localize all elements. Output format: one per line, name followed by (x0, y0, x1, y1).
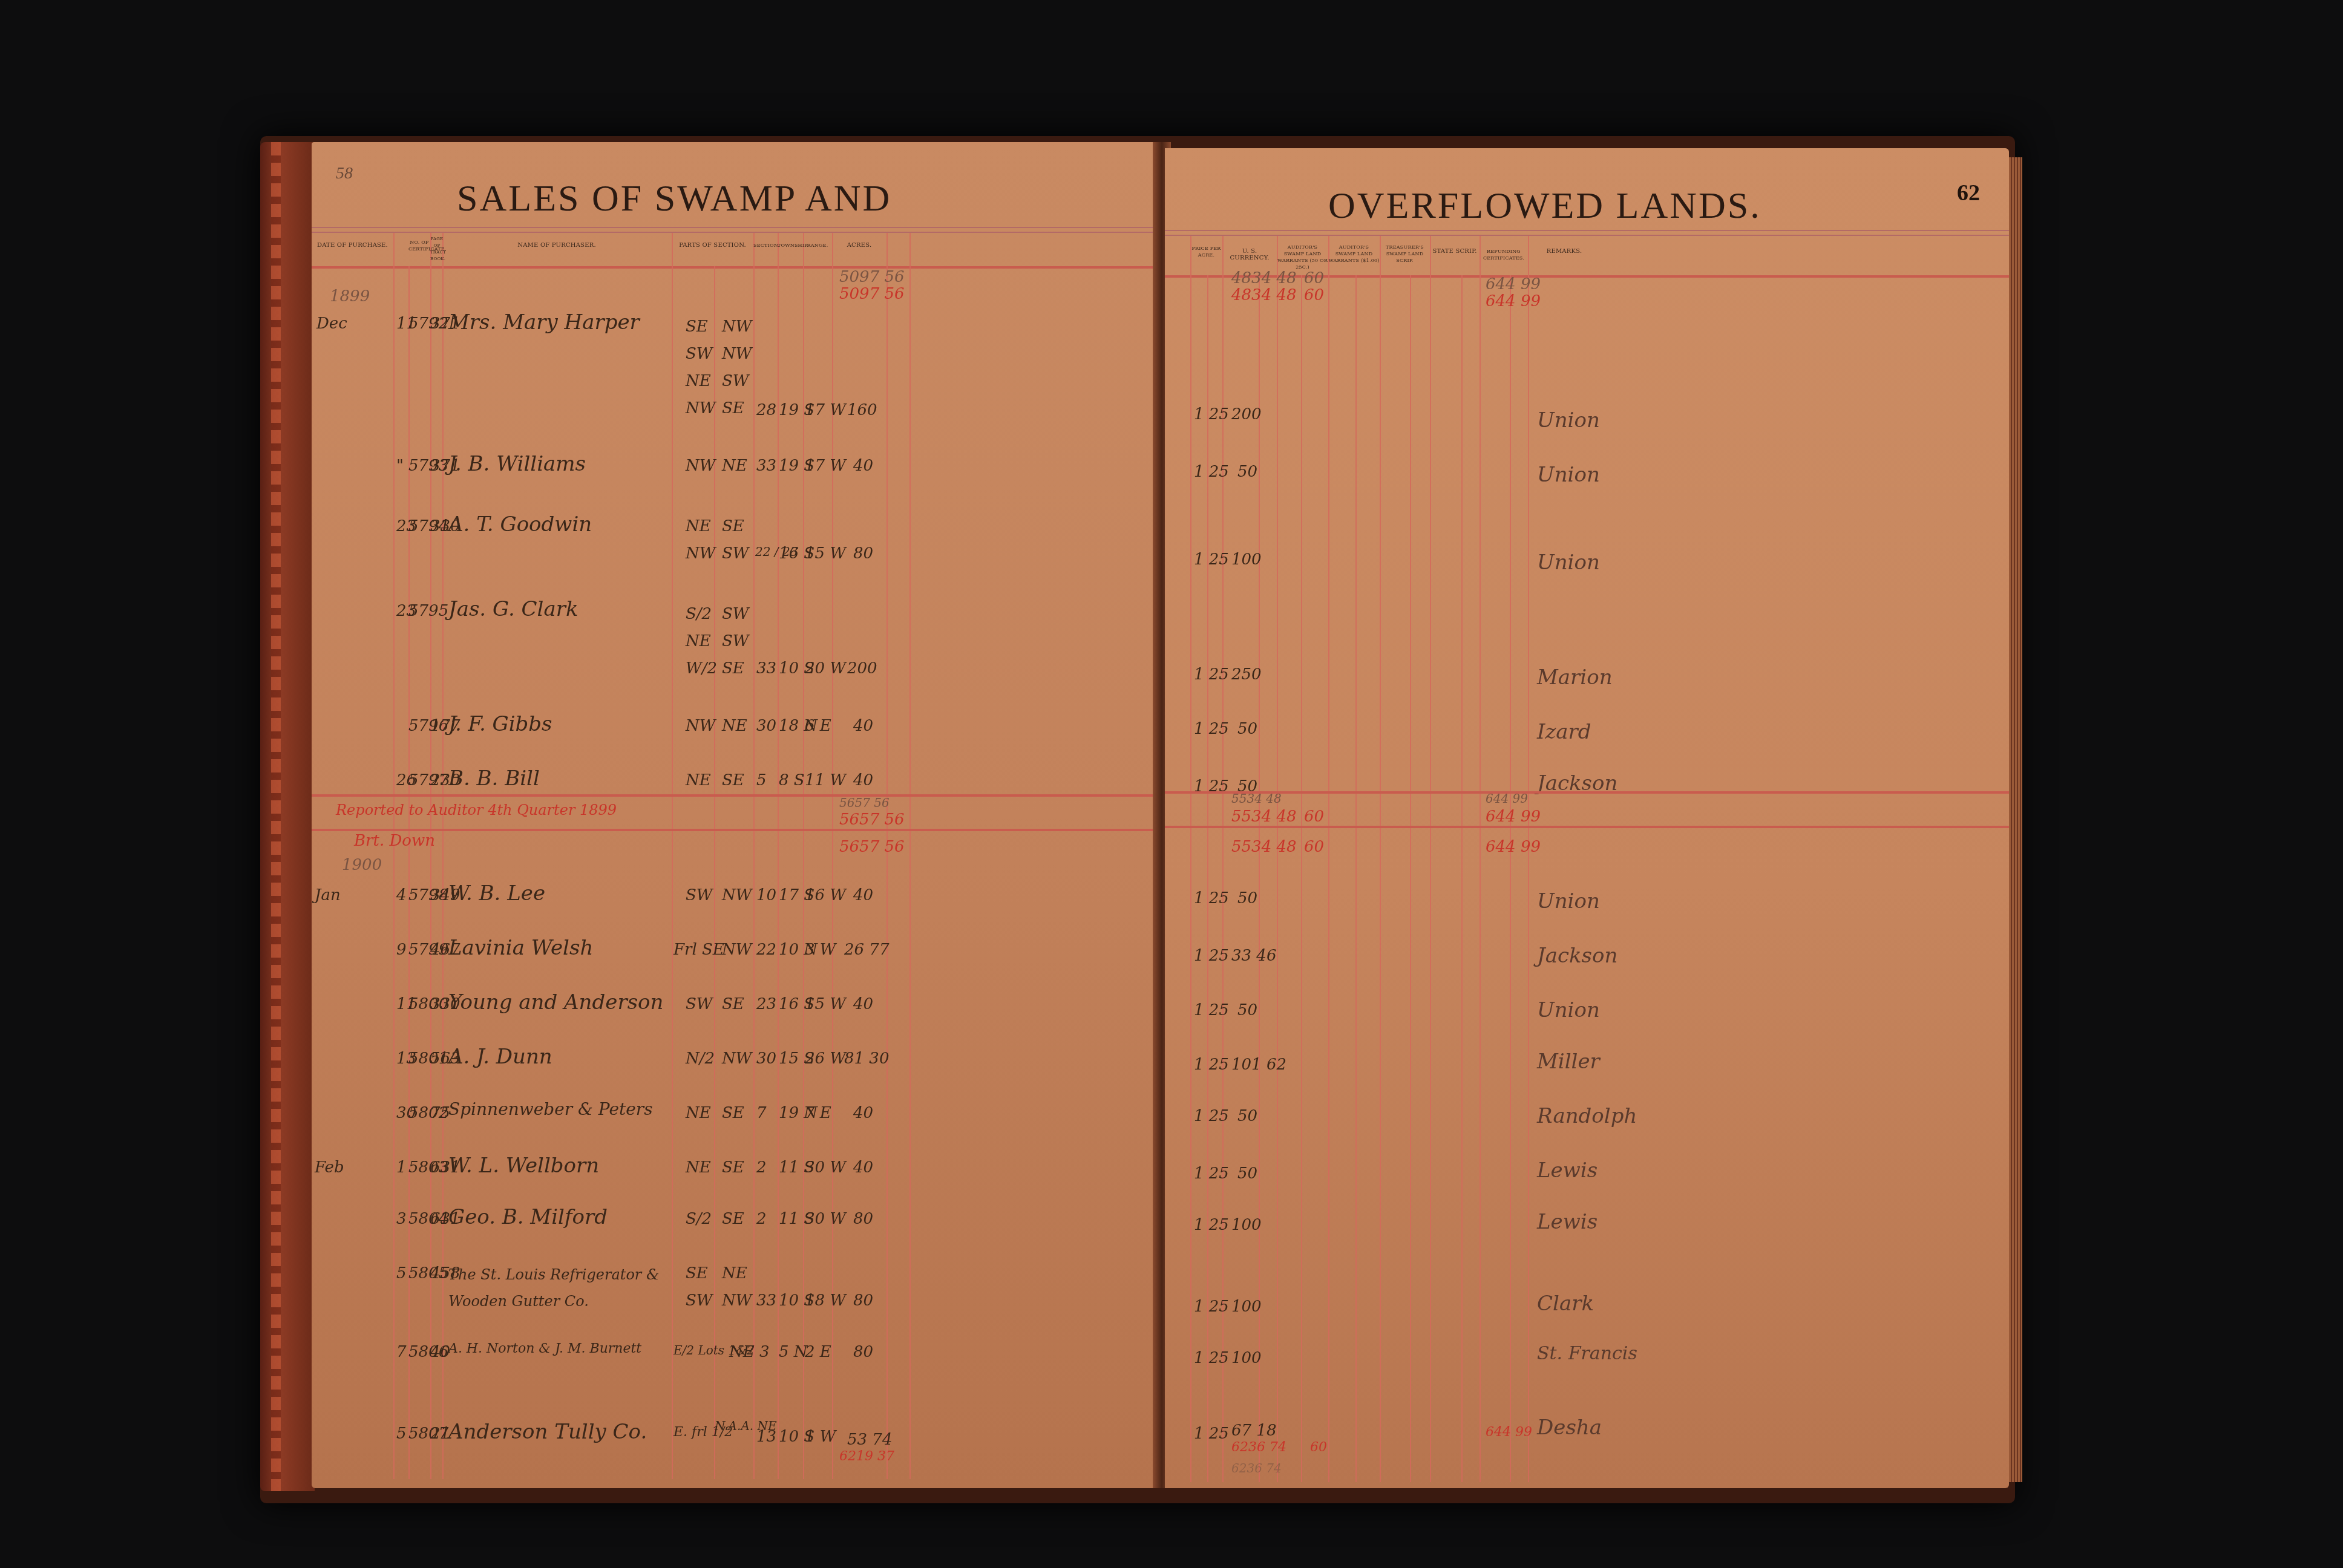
header-section: Section. (753, 242, 778, 249)
row-section: 30 (756, 1050, 776, 1068)
row-acres: 80 (853, 1343, 873, 1361)
row-name: Mrs. Mary Harper (448, 310, 640, 335)
row-part: NE (722, 457, 747, 475)
row-currency: 50 (1237, 1107, 1257, 1125)
row-currency: 100 (1231, 1349, 1262, 1367)
quarter-currency-pencil: 5534 48 (1231, 791, 1282, 806)
row-part: SE (722, 1158, 744, 1177)
col-line (753, 233, 755, 1479)
col-line (1277, 236, 1278, 1482)
row-acres: 40 (853, 1104, 873, 1122)
brought-down-currency: 5534 48 (1231, 838, 1297, 856)
page-total-currency-faint: 6236 74 (1231, 1461, 1282, 1475)
row-part: SE (722, 771, 744, 789)
row-part: SE (686, 1264, 708, 1282)
row-part: SW (686, 345, 713, 363)
row-part: NW (686, 544, 715, 563)
row-section: 33 (756, 1292, 776, 1310)
row-part: SW (722, 372, 749, 390)
col-line (430, 233, 431, 1479)
row-part: SW (722, 632, 749, 650)
row-currency: 101 62 (1231, 1056, 1286, 1074)
warrants-carried-red: 60 (1304, 286, 1324, 304)
total-rule (312, 794, 1162, 797)
row-day: 5 (396, 1425, 407, 1443)
row-range: 30 W (805, 1210, 846, 1228)
year-1899: 1899 (330, 287, 370, 305)
row-name: A. H. Norton & J. M. Burnett (448, 1341, 641, 1356)
row-remark: Izard (1537, 720, 1591, 744)
row-currency: 67 18 (1231, 1422, 1276, 1440)
row-month: Feb (315, 1158, 344, 1177)
row-currency: 100 (1231, 550, 1262, 569)
header-aud-warrants-50: Auditor's Swamp Land Warrants (50 or 25c… (1277, 244, 1328, 270)
row-remark: St. Francis (1537, 1343, 1637, 1364)
header-rule-top (1165, 230, 2009, 231)
quarter-currency-red: 5534 48 (1231, 808, 1297, 826)
header-rule-top-2 (312, 232, 1162, 233)
row-range: 15 W (805, 995, 846, 1013)
row-section: 10 (756, 886, 776, 904)
row-range: 3 W (805, 941, 836, 959)
col-line (1355, 275, 1357, 1482)
col-line (1480, 236, 1481, 1482)
brought-down-acres: 5657 56 (839, 838, 905, 856)
row-range: 17 W (805, 457, 846, 475)
acres-carried-pencil: 5097 56 (839, 268, 905, 286)
row-part: NW (686, 457, 715, 475)
row-part: SW (686, 995, 713, 1013)
header-township: Township. (778, 242, 803, 249)
quarter-report-label: Reported to Auditor 4th Quarter 1899 (336, 802, 617, 818)
row-remark: Randolph (1537, 1104, 1637, 1128)
row-name: J. B. Williams (448, 452, 586, 476)
row-acres: 200 (847, 659, 877, 678)
row-acres: 80 (853, 1292, 873, 1310)
row-township: 8 S (779, 771, 805, 789)
row-price: 1 25 (1194, 1216, 1229, 1234)
currency-carried-red: 4834 48 (1231, 286, 1297, 304)
row-name: Jas. G. Clark (448, 597, 578, 621)
row-price: 1 25 (1194, 720, 1229, 738)
col-line (1410, 275, 1411, 1482)
row-price: 1 25 (1194, 665, 1229, 684)
row-currency: 250 (1231, 665, 1262, 684)
page-edges (2009, 157, 2022, 1482)
row-part: NW (722, 886, 752, 904)
col-line (1380, 236, 1381, 1482)
row-section: 22 (756, 941, 776, 959)
row-name: Young and Anderson (448, 990, 663, 1014)
row-range: 7 E (805, 1104, 831, 1122)
col-line (1328, 236, 1329, 1482)
row-remark: Union (1537, 889, 1600, 913)
row-part: SE (722, 399, 744, 417)
row-range: 30 W (805, 1158, 846, 1177)
row-range: 11 W (805, 771, 846, 789)
row-price: 1 25 (1194, 463, 1229, 481)
row-tract-page: 75 (430, 1104, 450, 1122)
row-part: NW (722, 941, 752, 959)
row-remark: Union (1537, 550, 1600, 575)
row-price: 1 25 (1194, 1001, 1229, 1019)
row-part: NW (722, 1292, 752, 1310)
col-line (442, 233, 444, 1479)
row-day: 5 (396, 1264, 407, 1282)
header-name: Name of Purchaser. (442, 242, 671, 249)
row-section: 5 (756, 771, 767, 789)
row-remark: Lewis (1537, 1158, 1597, 1183)
row-month: Jan (315, 886, 341, 904)
row-part: SE (722, 659, 744, 678)
row-section: 2 (756, 1158, 767, 1177)
row-remark: Miller (1537, 1050, 1600, 1074)
row-currency: 100 (1231, 1216, 1262, 1234)
row-remark: Desha (1537, 1416, 1602, 1440)
row-acres: 40 (853, 771, 873, 789)
row-range: 26 W (805, 1050, 846, 1068)
row-currency: 100 (1231, 1298, 1262, 1316)
row-day: 4 (396, 886, 407, 904)
row-month: Dec (316, 315, 347, 333)
row-remark: Clark (1537, 1292, 1594, 1316)
row-currency: 50 (1237, 463, 1257, 481)
row-day: 3 (396, 1210, 407, 1228)
row-section: 33 (756, 659, 776, 678)
header-remarks: Remarks. (1528, 248, 1601, 255)
row-cert: 5795 (408, 602, 448, 620)
refunding-carried-red: 644 99 (1486, 292, 1541, 310)
row-price: 1 25 (1194, 1425, 1229, 1443)
row-range: 16 W (805, 886, 846, 904)
row-currency: 50 (1237, 889, 1257, 907)
gilt-edge (271, 142, 281, 1491)
page-title-right: OVERFLOWED LANDS. (1328, 185, 1761, 227)
row-remark: Jackson (1537, 944, 1617, 968)
header-treasurer-scrip: Treasurer's Swamp Land Scrip. (1380, 244, 1430, 264)
row-currency: 50 (1237, 720, 1257, 738)
quarter-refunding-red: 644 99 (1486, 808, 1541, 826)
right-page: OVERFLOWED LANDS. 62 Price Per Acre. U. … (1165, 148, 2009, 1488)
row-part: NW (722, 1050, 752, 1068)
book-spine (260, 142, 315, 1491)
col-line (1461, 275, 1463, 1482)
row-name: A. T. Goodwin (448, 512, 592, 537)
pencil-page-mark: 58 (336, 164, 353, 183)
page-number: 62 (1957, 180, 1980, 206)
row-part: W/2 (686, 659, 717, 678)
row-remark: Union (1537, 463, 1600, 487)
row-currency: 50 (1237, 1001, 1257, 1019)
row-part: SE (686, 318, 708, 336)
row-section: 7 (756, 1104, 767, 1122)
row-range: 6 E (805, 717, 831, 735)
total-rule (1165, 826, 2009, 828)
row-section: 30 (756, 717, 776, 735)
row-part: S/2 (686, 605, 712, 623)
row-section: 33 (756, 457, 776, 475)
header-rule-top (312, 227, 1162, 228)
header-parts: Parts of Section. (672, 242, 753, 249)
row-price: 1 25 (1194, 1056, 1229, 1074)
row-part: SW (686, 1292, 713, 1310)
quarter-warrants: 60 (1304, 808, 1324, 826)
row-name: B. B. Bill (448, 766, 540, 791)
page-total-warrants: 60 (1310, 1440, 1327, 1455)
col-line (1528, 236, 1529, 1482)
row-section: 28 (756, 401, 776, 419)
col-line (1301, 275, 1302, 1482)
row-range: 17 W (805, 401, 846, 419)
row-acres: 40 (853, 995, 873, 1013)
row-day: " (396, 457, 404, 475)
row-tract-page: 21 (430, 1425, 450, 1443)
row-acres: 26 77 (844, 941, 889, 959)
row-part: SE (722, 995, 744, 1013)
brought-down-label: Brt. Down (354, 832, 435, 850)
quarter-acres-red: 5657 56 (839, 811, 905, 829)
total-rule (1165, 791, 2009, 794)
row-section: 3 (759, 1343, 770, 1361)
row-price: 1 25 (1194, 889, 1229, 907)
row-part: NE (729, 1343, 755, 1361)
left-page: 58 SALES OF SWAMP AND Date of Purchase. … (312, 142, 1162, 1488)
header-currency: U. S. Currency. (1222, 248, 1277, 261)
page-total-acres: 6219 37 (839, 1449, 894, 1464)
row-part: SE (722, 1210, 744, 1228)
row-part: NE (722, 1264, 747, 1282)
row-remark: Union (1537, 998, 1600, 1022)
row-price: 1 25 (1194, 1165, 1229, 1183)
row-range: 20 W (805, 659, 846, 678)
row-name: Geo. B. Milford (448, 1205, 608, 1229)
quarter-refunding-pencil: 644 99 (1486, 791, 1528, 806)
row-part: NW (686, 399, 715, 417)
row-part: NE (686, 1158, 711, 1177)
acres-carried-red: 5097 56 (839, 285, 905, 303)
row-part: NW (686, 717, 715, 735)
col-line (393, 233, 395, 1479)
row-acres: 80 (853, 544, 873, 563)
row-currency: 50 (1237, 1165, 1257, 1183)
row-price: 1 25 (1194, 1349, 1229, 1367)
row-tract-page: 40 (430, 1343, 450, 1361)
col-line (1190, 236, 1191, 1482)
row-price: 1 25 (1194, 947, 1229, 965)
row-part: NE (686, 632, 711, 650)
row-part: NW (722, 318, 752, 336)
header-refunding: Refunding Certificates. (1480, 248, 1528, 261)
row-part: SE (722, 1104, 744, 1122)
row-part: SW (686, 886, 713, 904)
row-part: S/2 (686, 1210, 712, 1228)
refunding-carried-pencil: 644 99 (1486, 275, 1541, 293)
row-section: 13 (756, 1428, 776, 1446)
quarter-acres-pencil: 5657 56 (839, 795, 890, 810)
col-line (886, 233, 888, 1479)
col-line (1430, 236, 1431, 1482)
row-part: NE (686, 771, 711, 789)
col-line (714, 266, 715, 1479)
row-section: 2 (756, 1210, 767, 1228)
row-acres: 80 (853, 1210, 873, 1228)
row-range: 2 E (805, 1343, 831, 1361)
warrants-carried-pencil: 60 (1304, 269, 1324, 287)
header-rule-top-2 (1165, 235, 2009, 236)
row-part: Frl SE (673, 941, 724, 959)
header-date: Date of Purchase. (315, 242, 390, 249)
row-day: 1 (396, 1158, 407, 1177)
page-total-refunding: 644 99 (1486, 1425, 1532, 1440)
col-line (1510, 275, 1511, 1482)
row-part: N/2 (686, 1050, 715, 1068)
row-township: 5 N (779, 1343, 808, 1361)
row-section: 23 (756, 995, 776, 1013)
year-1900: 1900 (342, 856, 382, 874)
row-name: W. L. Wellborn (448, 1154, 599, 1178)
row-part: NE (722, 717, 747, 735)
row-part: NE (686, 517, 711, 535)
row-price: 1 25 (1194, 1298, 1229, 1316)
row-day: 9 (396, 941, 407, 959)
page-total-currency: 6236 74 (1231, 1440, 1286, 1455)
header-price: Price Per Acre. (1190, 245, 1222, 258)
row-currency: 200 (1231, 405, 1262, 423)
row-part: NE (686, 1104, 711, 1122)
row-acres: 40 (853, 717, 873, 735)
row-remark: Marion (1537, 665, 1613, 690)
currency-carried-pencil: 4834 48 (1231, 269, 1297, 287)
col-line (408, 266, 410, 1479)
row-part: SW (722, 605, 749, 623)
row-acres: 81 30 (844, 1050, 889, 1068)
row-acres: 40 (853, 886, 873, 904)
row-part: SE (722, 517, 744, 535)
total-rule (312, 829, 1162, 831)
row-part: NW (722, 345, 752, 363)
page-title-left: SALES OF SWAMP AND (457, 177, 891, 220)
row-currency: 33 46 (1231, 947, 1276, 965)
row-acres: 53 74 (847, 1431, 892, 1449)
row-price: 1 25 (1194, 550, 1229, 569)
row-day: 7 (396, 1343, 407, 1361)
header-aud-warrants-100: Auditor's Swamp Land Warrants ($1.00) (1328, 244, 1380, 264)
header-certificate: No. of certificate. (408, 239, 430, 252)
header-rule-bottom (312, 266, 1162, 269)
row-range: 15 W (805, 544, 846, 563)
row-name: A. J. Dunn (448, 1045, 552, 1069)
row-remark: Union (1537, 408, 1600, 433)
col-line (909, 233, 911, 1479)
row-range: 1 W (805, 1428, 836, 1446)
row-name: The St. Louis Refrigerator & Wooden Gutt… (448, 1261, 672, 1315)
header-acres: Acres. (832, 242, 886, 249)
row-acres: 160 (847, 401, 877, 419)
brought-down-warrants: 60 (1304, 838, 1324, 856)
brought-down-refunding: 644 99 (1486, 838, 1541, 856)
row-remark: Lewis (1537, 1210, 1597, 1234)
row-part: SW (722, 544, 749, 563)
row-range: 18 W (805, 1292, 846, 1310)
row-price: 1 25 (1194, 1107, 1229, 1125)
header-range: Range. (803, 242, 832, 249)
row-name: W. B. Lee (448, 881, 545, 906)
row-name: Lavinia Welsh (448, 936, 593, 960)
row-acres: 40 (853, 1158, 873, 1177)
row-price: 1 25 (1194, 405, 1229, 423)
header-tract-page: Page of Tract Book. (430, 236, 444, 263)
header-state-scrip: State Scrip. (1430, 248, 1480, 255)
row-part: NE (686, 372, 711, 390)
row-acres: 40 (853, 457, 873, 475)
row-name: J. F. Gibbs (448, 712, 552, 736)
row-name: Spinnenweber & Peters (448, 1099, 653, 1119)
row-name: Anderson Tully Co. (448, 1420, 647, 1444)
